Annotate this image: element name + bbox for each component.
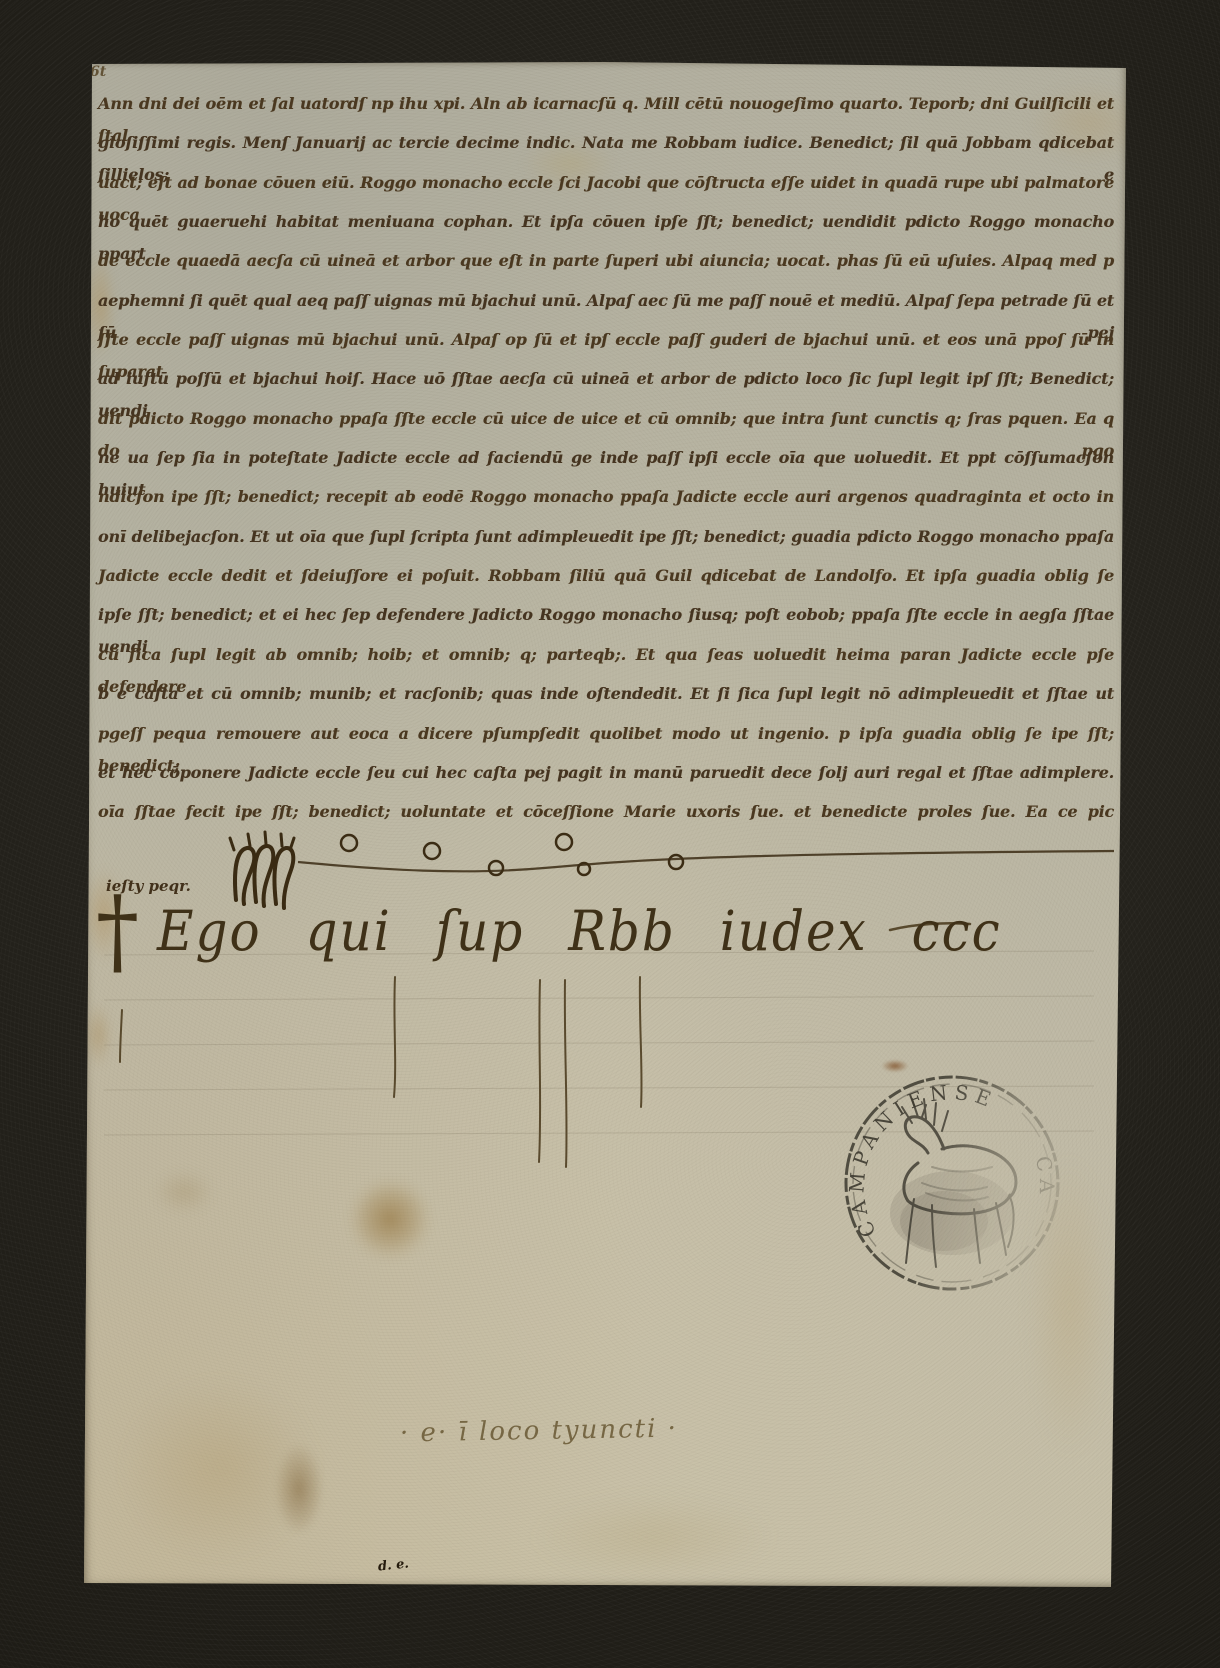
- manuscript-line: Jadicte eccle dedit et ſdeiuſſore ei poſ…: [98, 560, 1114, 599]
- seal-stamp: CAMPANIENSE CA: [844, 1077, 1059, 1289]
- stain: [494, 1482, 814, 1592]
- manuscript-line: onī delibejacſon. Et ut oīa que ſupl ſcr…: [98, 521, 1114, 560]
- stain: [78, 990, 118, 1080]
- parchment-sheet: 6t Ann dni dei oēm et ſal uatordſ np ihu…: [84, 62, 1126, 1587]
- manuscript-line: aephemni ſi quēt qual aeq paſſ uignas mū…: [98, 285, 1114, 324]
- seal-outer-ring: [846, 1077, 1058, 1289]
- subscription-text: Ego qui ſup Rbb iudex ccc: [157, 900, 1002, 964]
- photo-mount: 6t Ann dni dei oēm et ſal uatordſ np ihu…: [0, 0, 1220, 1668]
- manuscript-line: ne ua ſep ſia in poteſtate Jadicte eccle…: [98, 442, 1114, 481]
- stain: [264, 1424, 334, 1554]
- stain: [330, 1160, 450, 1278]
- seal-inner-ring: [853, 1084, 1051, 1282]
- stain: [1014, 1106, 1124, 1506]
- archival-mark: d. e.: [377, 1556, 409, 1575]
- seal-blotch: [890, 1171, 1014, 1255]
- manuscript-line: ſſte eccle paſſ uignas mū bjachui unū. A…: [98, 324, 1114, 363]
- colophon-rule: [298, 834, 1114, 875]
- manuscript-line: dit pdicto Roggo monacho ppaſa ſſte eccl…: [98, 403, 1114, 442]
- manuscript-line: ipſe ſſt; benedict; et ei hec ſep defend…: [98, 599, 1114, 638]
- manuscript-line: pgeſſ pequa remouere aut eoca a dicere p…: [98, 718, 1114, 757]
- seal-rim-left: CAMPANIENSE: [844, 1080, 999, 1241]
- judge-subscription: †Ego qui ſup Rbb iudex ccc: [96, 882, 996, 981]
- stain: [144, 1162, 224, 1222]
- seal-rim-top: CA: [1031, 1154, 1059, 1200]
- svg-text:CAMPANIENSE: CAMPANIENSE: [844, 1080, 999, 1241]
- manuscript-line: Ann dni dei oēm et ſal uatordſ np ihu xp…: [98, 88, 1114, 127]
- svg-text:CA: CA: [1031, 1154, 1059, 1200]
- seal-blotch: [900, 1191, 988, 1251]
- charter-text-block: Ann dni dei oēm et ſal uatordſ np ihu xp…: [98, 88, 1114, 836]
- manuscript-line: ndicſon ipe ſſt; benedict; recepit ab eo…: [98, 481, 1114, 520]
- manuscript-line: uact; eſt ad bonae cōuen eiū. Roggo mona…: [98, 167, 1114, 206]
- manuscript-line: gloſiſſimi regis. Menſ Januarij ac terci…: [98, 127, 1114, 166]
- manuscript-line: cū ſica ſupl legit ab omnib; hoib; et om…: [98, 639, 1114, 678]
- cross-mark: †: [96, 877, 141, 987]
- seal-rim-text: CAMPANIENSE CA: [844, 1080, 1059, 1241]
- stain: [90, 1348, 350, 1588]
- manuscript-line: oīa ſſtae fecit ipe ſſt; benedict; uolun…: [98, 796, 1114, 835]
- manuscript-line: et hec cōponere Jadicte eccle ſeu cui he…: [98, 757, 1114, 796]
- horse-figure: [902, 1099, 1016, 1267]
- manuscript-line: ad iuſtū poſſū et bjachui hoiſ. Hace uō …: [98, 363, 1114, 402]
- manuscript-line: de eccle quaedā aecſa cū uineā et arbor …: [98, 245, 1114, 284]
- manuscript-line: b e caſta et cū omnib; munib; et racſoni…: [98, 678, 1114, 717]
- manuscript-line: ho quēt guaeruehi habitat meniuana copha…: [98, 206, 1114, 245]
- corner-scribble: 6t: [90, 64, 106, 80]
- stain: [878, 1058, 912, 1074]
- bottom-note: · e· ī loco tyuncti ·: [400, 1412, 679, 1451]
